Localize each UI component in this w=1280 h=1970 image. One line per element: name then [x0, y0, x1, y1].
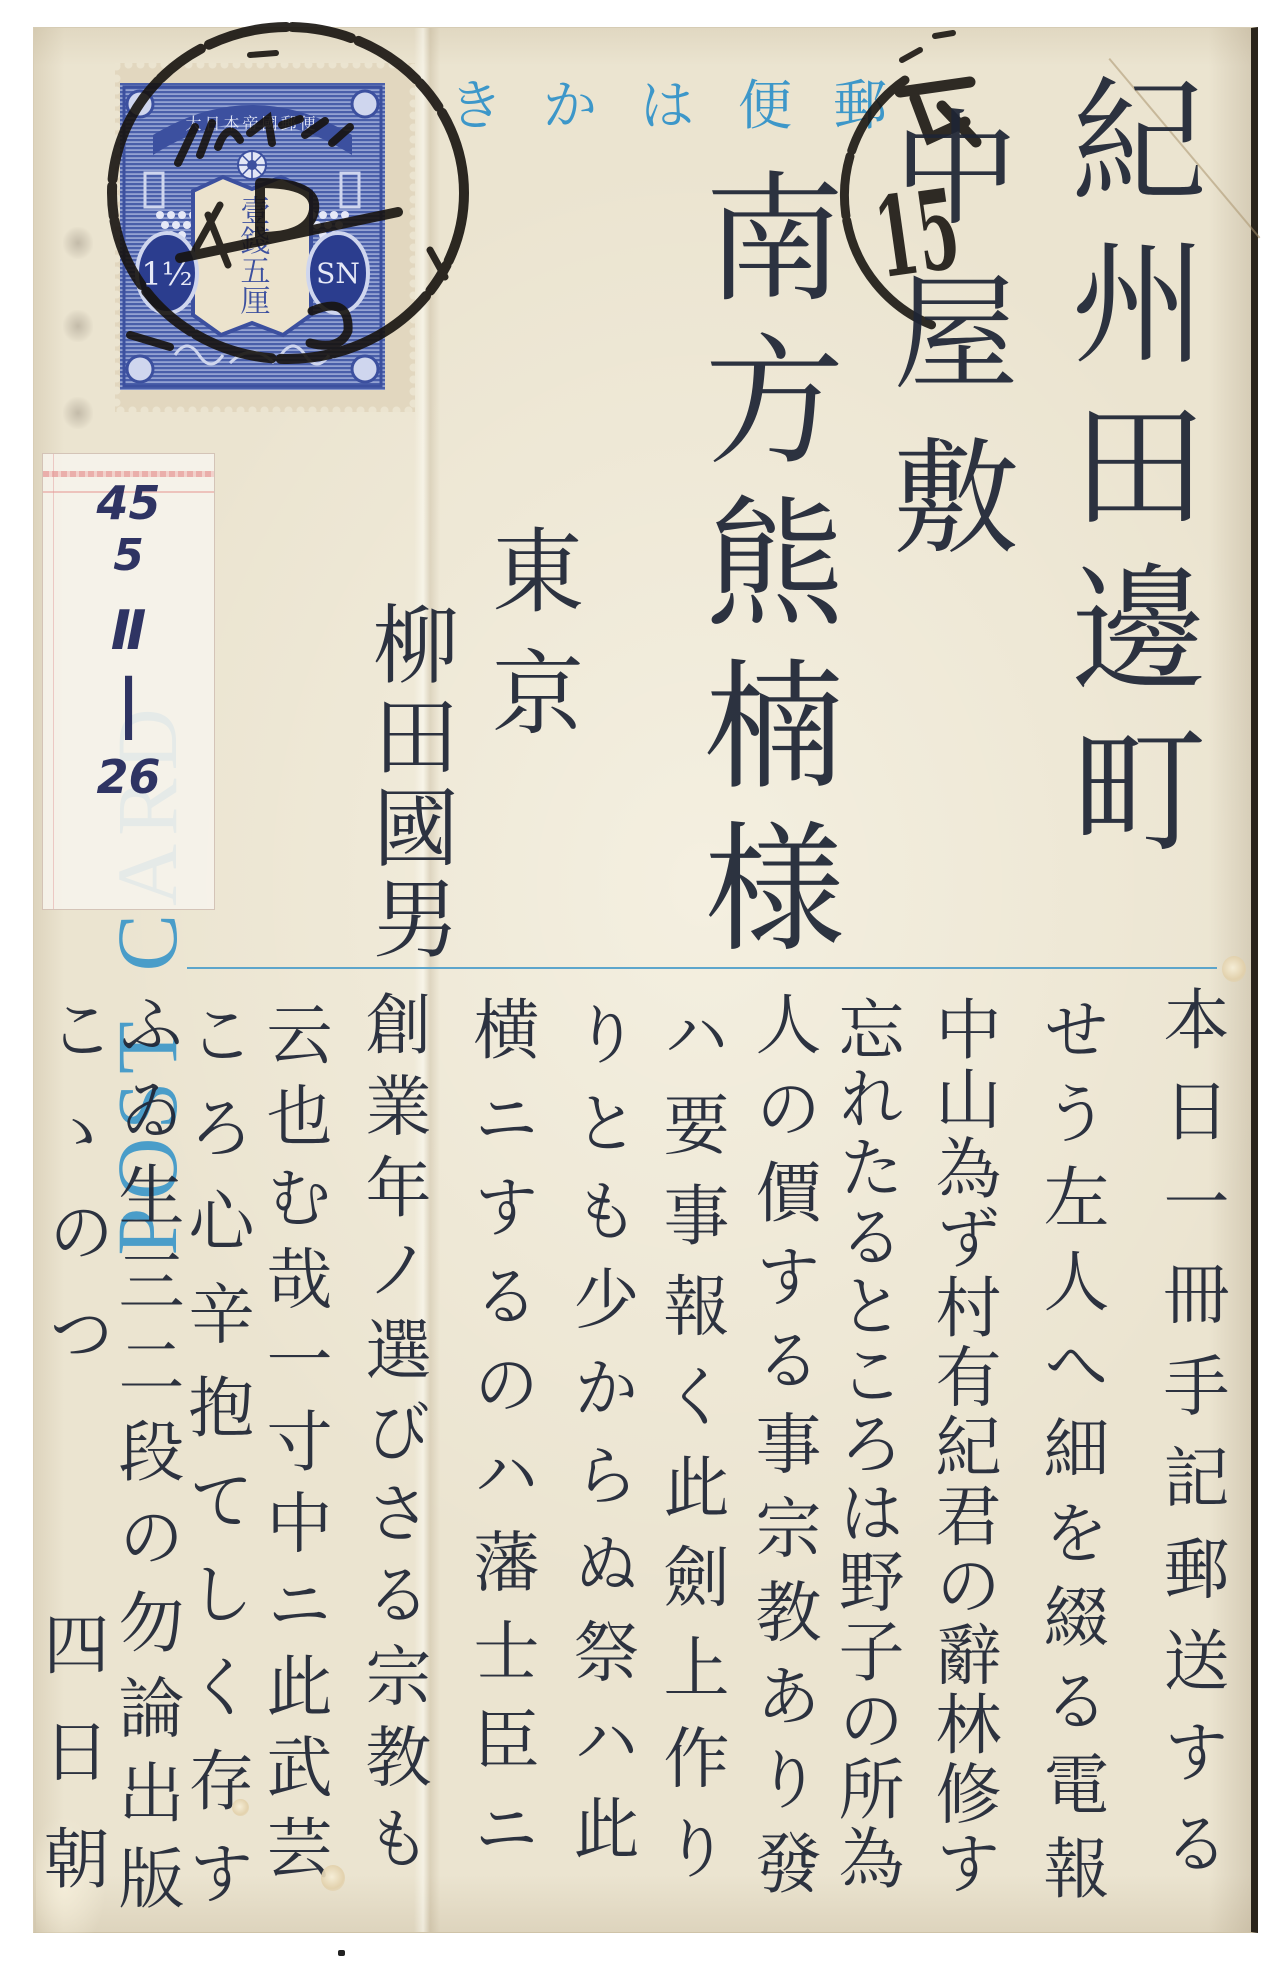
message-column: 本日一冊手記郵送する: [1157, 985, 1223, 1875]
recipient-address-line: 紀州田邊町: [1060, 70, 1195, 855]
stain: [1222, 956, 1246, 982]
message-column: 人の價する事宗教あり發: [749, 990, 815, 1895]
show-through-mark: [63, 397, 93, 429]
sender-name: 柳田國男: [365, 600, 451, 960]
postcard-scan: き か は 便 郵 POST CARD 大日本帝國郵便: [0, 0, 1280, 1970]
message-column: ハ要事報く此劍上作り: [657, 1000, 723, 1880]
sender-address-line: 東京: [484, 523, 576, 737]
message-column: 中山為ず村有紀君の辭林修す: [929, 995, 995, 1895]
message-column: ころ心辛抱てしく存す: [182, 1000, 248, 1905]
header-char-ka: か: [542, 78, 598, 134]
show-through-mark: [63, 310, 93, 342]
message-column: 云也む哉一寸中ニ此武芸: [260, 1000, 326, 1880]
label-line: 5: [43, 534, 214, 578]
message-column: 創業年ノ選びさる宗教も: [359, 990, 425, 1870]
header-char-bin: 便: [737, 78, 793, 134]
address-divider: [187, 967, 1217, 969]
message-date: 四日朝: [37, 1610, 103, 1890]
message-column: 横ニするのハ藩士臣ニ: [467, 995, 533, 1860]
speck: [338, 1950, 345, 1956]
label-line: 45: [43, 480, 214, 526]
label-line: 26: [43, 754, 214, 800]
message-column: せう左人へ細を綴る電報: [1037, 995, 1103, 1900]
message-column: ふゐ生三二段の勿論出版: [112, 990, 178, 1910]
recipient-address-line: 中屋敷: [882, 103, 1007, 557]
message-column: 忘れたるところは野子の所為: [832, 995, 898, 1890]
message-column: りとも少からぬ祭ハ此: [567, 1000, 633, 1860]
label-line: Ⅱ: [43, 604, 214, 658]
archive-label: 45 5 Ⅱ | 26: [42, 453, 215, 910]
stain: [232, 1799, 249, 1816]
label-line: |: [43, 672, 214, 736]
recipient-name: 南方熊楠様: [692, 165, 832, 955]
postmark-left: [100, 15, 490, 375]
message-column: こゝのつ: [42, 995, 108, 1365]
header-char-ha: は: [639, 78, 695, 134]
show-through-mark: [63, 227, 93, 259]
stain: [321, 1865, 345, 1891]
